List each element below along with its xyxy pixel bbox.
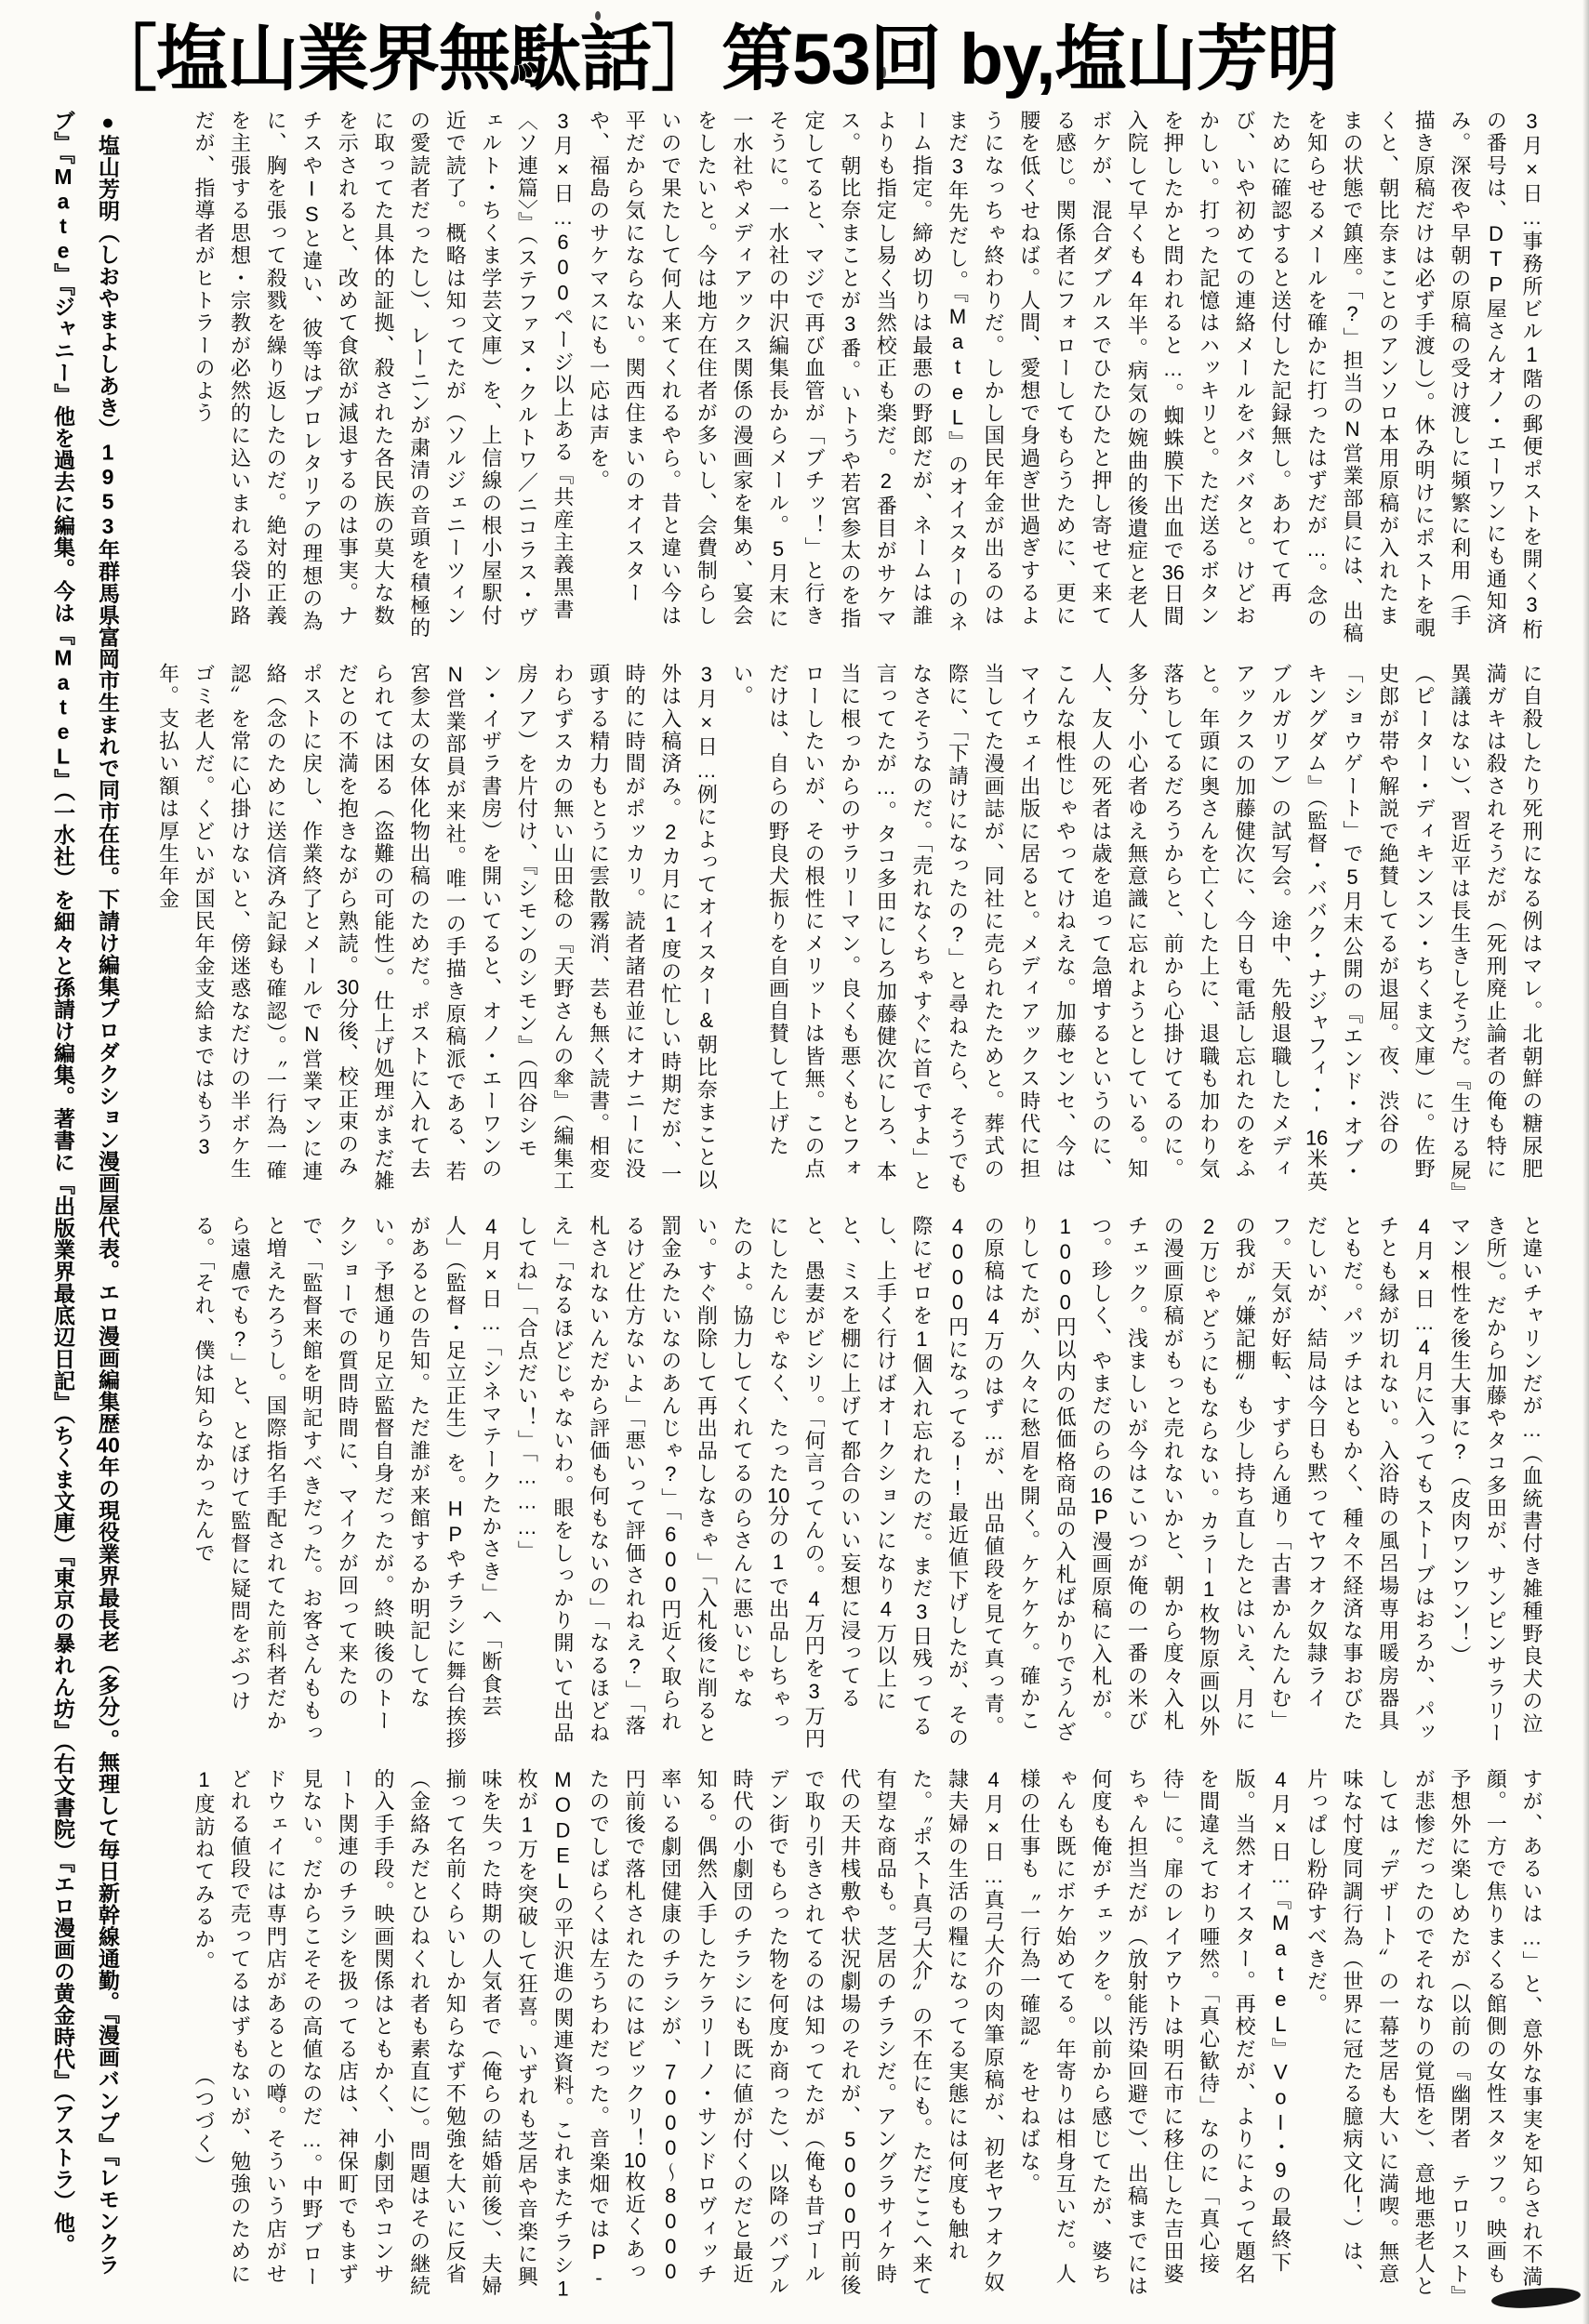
diary-band-4: すが、あるいは…」と、意外な事実を知らされ不満顔。一方で焦りまくる館側の女性スタ… — [143, 1768, 1549, 2305]
diary-band-3: と違いチャリンだが…（血統書付き雑種野良犬の泣き所）。だから加藤やタコ多田が、サ… — [143, 1215, 1549, 1752]
diary-body: 3月×日…事務所ビル1階の郵便ポストを開く3桁の番号は、DTP屋さんオノ・エーワ… — [143, 110, 1549, 2305]
page-content: ●塩山芳明（しおやまよしあき）1953年群馬県富岡市生まれで同市在住。下請け編集… — [37, 110, 1549, 2305]
diary-band-2: に自殺したり死刑になる例はマレ。北朝鮮の糖尿肥満ガキは殺されそうだが（死刑廃止論… — [143, 663, 1549, 1200]
scan-edge-shadow — [1582, 0, 1589, 2324]
page-title: ［塩山業界無駄話］第53回 by,塩山芳明 — [86, 20, 1338, 99]
magazine-column-page: ［塩山業界無駄話］第53回 by,塩山芳明 ●塩山芳明（しおやまよしあき）195… — [0, 0, 1589, 2324]
diary-band-1: 3月×日…事務所ビル1階の郵便ポストを開く3桁の番号は、DTP屋さんオノ・エーワ… — [143, 110, 1549, 647]
author-bio: ●塩山芳明（しおやまよしあき）1953年群馬県富岡市生まれで同市在住。下請け編集… — [37, 110, 130, 2305]
